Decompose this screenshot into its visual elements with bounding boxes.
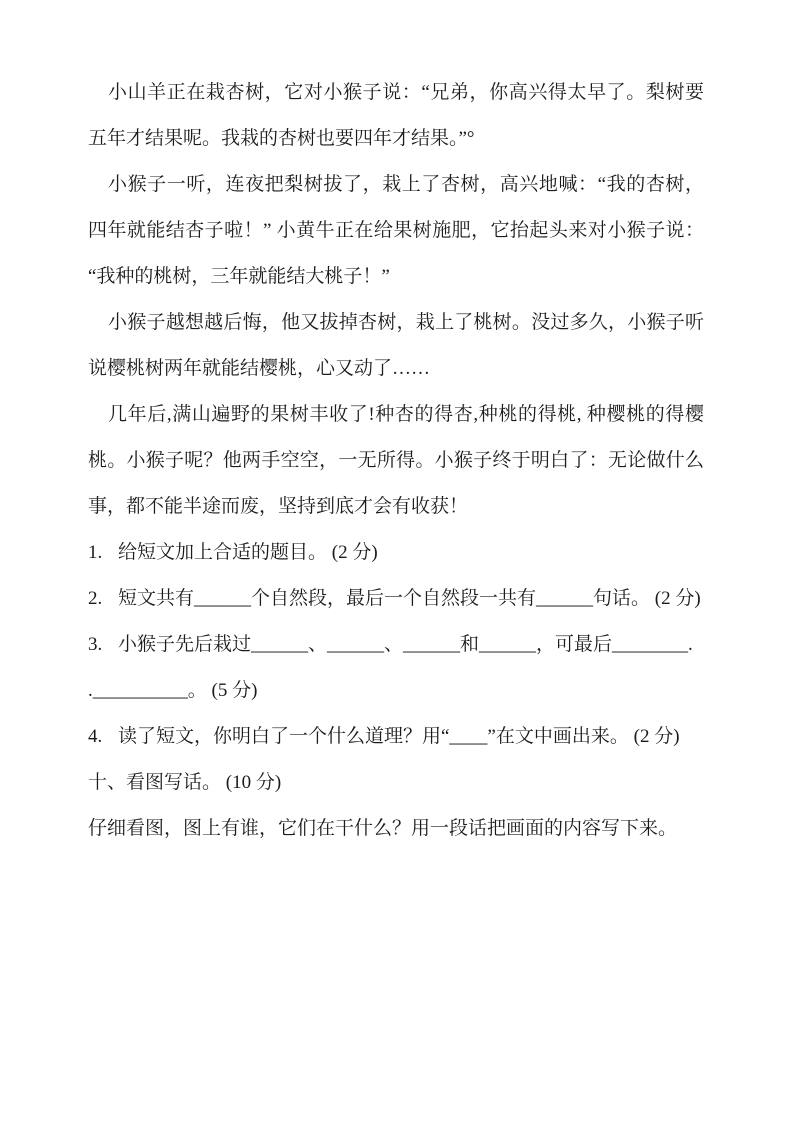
passage-paragraph-4: 几年后,满山遍野的果树丰收了!种杏的得杏,种桃的得桃, 种樱桃的得樱桃。小猴子呢… (88, 392, 704, 530)
question-2: 2. 短文共有______个自然段，最后一个自然段一共有______句话。 (2… (88, 576, 704, 622)
section-heading: 十、看图写话。 (10 分) (88, 760, 704, 806)
question-2-text: 短文共有______个自然段，最后一个自然段一共有______句话。 (2 分) (118, 576, 704, 622)
question-3-continuation: .__________。 (5 分) (88, 668, 704, 714)
passage-paragraph-2: 小猴子一听，连夜把梨树拔了，栽上了杏树，高兴地喊：“我的杏树，四年就能结杏子啦！… (88, 162, 704, 300)
question-3-number: 3. (88, 622, 118, 668)
question-2-number: 2. (88, 576, 118, 622)
question-4-number: 4. (88, 714, 118, 760)
exam-content: 小山羊正在栽杏树，它对小猴子说：“兄弟，你高兴得太早了。梨树要五年才结果呢。我栽… (88, 70, 704, 852)
section-instruction: 仔细看图，图上有谁，它们在干什么？用一段话把画面的内容写下来。 (88, 806, 704, 852)
passage-paragraph-1: 小山羊正在栽杏树，它对小猴子说：“兄弟，你高兴得太早了。梨树要五年才结果呢。我栽… (88, 70, 704, 162)
question-1-text: 给短文加上合适的题目。 (2 分) (118, 530, 704, 576)
question-1: 1. 给短文加上合适的题目。 (2 分) (88, 530, 704, 576)
question-3: 3. 小猴子先后栽过______、______、______和______，可最… (88, 622, 704, 668)
question-3-text: 小猴子先后栽过______、______、______和______，可最后__… (118, 622, 704, 668)
question-4-text: 读了短文，你明白了一个什么道理？用“____”在文中画出来。 (2 分) (118, 714, 704, 760)
passage-paragraph-3: 小猴子越想越后悔，他又拔掉杏树，栽上了桃树。没过多久，小猴子听说樱桃树两年就能结… (88, 300, 704, 392)
document-page: 小山羊正在栽杏树，它对小猴子说：“兄弟，你高兴得太早了。梨树要五年才结果呢。我栽… (0, 0, 793, 1122)
question-1-number: 1. (88, 530, 118, 576)
question-4: 4. 读了短文，你明白了一个什么道理？用“____”在文中画出来。 (2 分) (88, 714, 704, 760)
